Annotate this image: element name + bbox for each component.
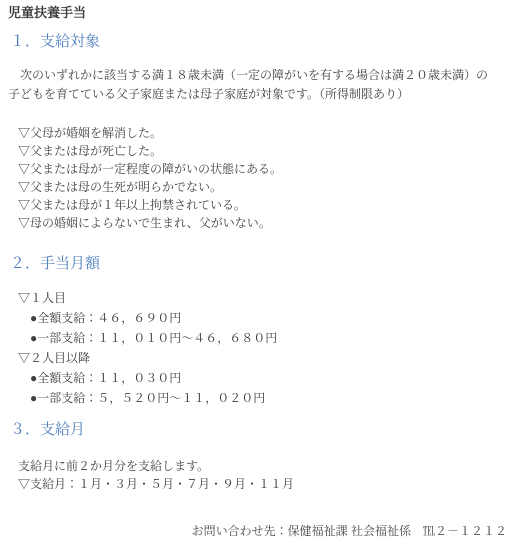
eligibility-paragraph: 次のいずれかに該当する満１８歳未満（一定の障がいを有する場合は満２０歳未満）の子… [8,66,490,104]
allowance-amount: ●全額支給：１１，０３０円 [8,368,495,388]
list-item: ▽父または母の生死が明らかでない。 [18,178,495,196]
section-heading-payment-month: ３．支給月 [8,421,495,438]
section-heading-eligibility: １．支給対象 [8,33,495,50]
allowance-amount: ●全額支給：４６，６９０円 [8,308,495,328]
eligibility-list: ▽父母が婚姻を解消した。 ▽父または母が死亡した。 ▽父または母が一定程度の障が… [8,124,495,232]
list-item: ▽父または母が一定程度の障がいの状態にある。 [18,160,495,178]
allowance-amount: ●一部支給：１１，０１０円～４６，６８０円 [8,328,495,348]
allowance-amount: ●一部支給：５，５２０円～１１，０２０円 [8,388,495,408]
payment-block: 支給月に前２か月分を支給します。 ▽支給月：１月・３月・５月・７月・９月・１１月 [8,457,495,493]
allowance-group-label: ▽１人目 [8,288,495,308]
list-item: ▽母の婚姻によらないで生まれ、父がいない。 [18,214,495,232]
payment-paragraph: 支給月に前２か月分を支給します。 [18,457,495,475]
allowance-group-label: ▽２人目以降 [8,348,495,368]
list-item: ▽父または母が１年以上拘禁されている。 [18,196,495,214]
list-item: ▽父母が婚姻を解消した。 [18,124,495,142]
contact-info: お問い合わせ先：保健福祉課 社会福祉係 ℡２－１２１２ [8,524,507,539]
document-page: 児童扶養手当 １．支給対象 次のいずれかに該当する満１８歳未満（一定の障がいを有… [0,0,520,555]
section-heading-allowance: ２．手当月額 [8,255,495,272]
list-item: ▽父または母が死亡した。 [18,142,495,160]
payment-months: ▽支給月：１月・３月・５月・７月・９月・１１月 [18,475,495,493]
page-title: 児童扶養手当 [8,5,495,20]
allowance-list: ▽１人目 ●全額支給：４６，６９０円 ●一部支給：１１，０１０円～４６，６８０円… [8,288,495,408]
